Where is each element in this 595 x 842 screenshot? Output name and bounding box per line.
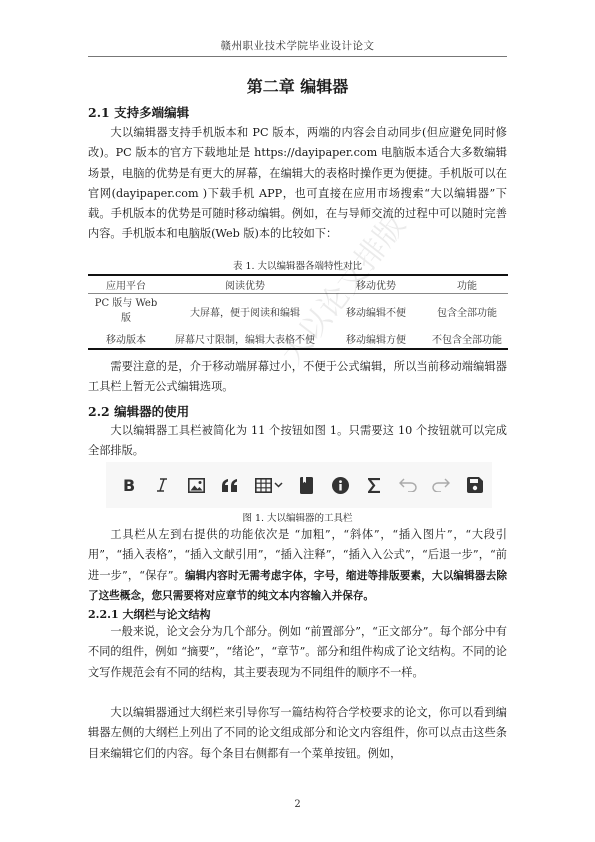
italic-button[interactable]	[146, 470, 180, 500]
section-heading-2-2-1: 2.2.1 大纲栏与论文结构	[88, 606, 210, 622]
table-dropdown-toggle[interactable]	[272, 470, 284, 500]
sigma-icon	[368, 478, 381, 493]
table-cell: 不包含全部功能	[426, 329, 508, 349]
table-cell: 移动编辑方便	[326, 329, 426, 349]
paragraph-thesis-structure: 一般来说，论文会分为几个部分。例如 “前置部分”，“正文部分”。每个部分中有不同…	[88, 622, 507, 683]
table-header-cell: 移动优势	[326, 275, 426, 293]
figure-caption: 图 1. 大以编辑器的工具栏	[88, 510, 507, 524]
comparison-table: 应用平台 阅读优势 移动优势 功能 PC 版与 Web 版 大屏幕，便于阅读和编…	[88, 274, 508, 350]
save-button[interactable]	[458, 470, 492, 500]
table-caption: 表 1. 大以编辑器各端特性对比	[88, 258, 507, 272]
italic-icon	[154, 477, 170, 493]
paragraph-toolbar-functions: 工具栏从左到右提供的功能依次是 “加粗”，“斜体”，“插入图片”，“大段引用”，…	[88, 525, 507, 606]
section-heading-2-1: 2.1 支持多端编辑	[88, 103, 189, 121]
table-cell: 移动编辑不便	[326, 293, 426, 329]
image-icon	[188, 478, 205, 493]
bold-icon: B	[121, 477, 137, 493]
bold-button[interactable]: B	[112, 470, 146, 500]
table-header-cell: 阅读优势	[164, 275, 326, 293]
table-cell: 包含全部功能	[426, 293, 508, 329]
table-cell: 屏幕尺寸限制，编辑大表格不便	[164, 329, 326, 349]
table-cell: 大屏幕，便于阅读和编辑	[164, 293, 326, 329]
editor-toolbar: B	[106, 462, 492, 508]
table-header-cell: 应用平台	[88, 275, 164, 293]
svg-text:B: B	[123, 477, 135, 493]
chapter-title: 第二章 编辑器	[88, 74, 507, 97]
paragraph-toolbar-intro: 大以编辑器工具栏被简化为 11 个按钮如图 1。只需要这 10 个按钮就可以完成…	[88, 421, 507, 462]
undo-icon	[399, 478, 417, 492]
table-cell: 移动版本	[88, 329, 164, 349]
table-row: 移动版本 屏幕尺寸限制，编辑大表格不便 移动编辑方便 不包含全部功能	[88, 329, 508, 349]
quote-icon	[222, 479, 238, 492]
header-rule	[88, 56, 507, 57]
chevron-down-icon	[274, 482, 283, 488]
table-header-row: 应用平台 阅读优势 移动优势 功能	[88, 275, 508, 293]
paragraph-outline-bar: 大以编辑器通过大纲栏来引导你写一篇结构符合学校要求的论文，你可以看到编辑器左侧的…	[88, 703, 507, 764]
redo-icon	[432, 478, 450, 492]
bookmark-icon	[300, 477, 313, 494]
block-quote-button[interactable]	[213, 470, 247, 500]
insert-image-button[interactable]	[179, 470, 213, 500]
info-icon	[332, 477, 349, 494]
paragraph-mobile-note: 需要注意的是，介于移动端屏幕过小，不便于公式编辑，所以当前移动端编辑器工具栏上暂…	[88, 357, 507, 398]
insert-formula-button[interactable]	[357, 470, 391, 500]
table-header-cell: 功能	[426, 275, 508, 293]
paragraph-multi-platform: 大以编辑器支持手机版本和 PC 版本，两端的内容会自动同步(但应避免同时修改)。…	[88, 123, 507, 245]
section-heading-2-2: 2.2 编辑器的使用	[88, 402, 189, 420]
table-icon	[255, 478, 272, 493]
table-row: PC 版与 Web 版 大屏幕，便于阅读和编辑 移动编辑不便 包含全部功能	[88, 293, 508, 329]
page-number: 2	[0, 799, 595, 810]
table-cell: PC 版与 Web 版	[88, 293, 164, 329]
insert-citation-button[interactable]	[290, 470, 324, 500]
insert-note-button[interactable]	[324, 470, 358, 500]
redo-button[interactable]	[425, 470, 459, 500]
undo-button[interactable]	[391, 470, 425, 500]
save-icon	[467, 477, 483, 493]
running-header: 赣州职业技术学院毕业设计论文	[88, 38, 507, 53]
